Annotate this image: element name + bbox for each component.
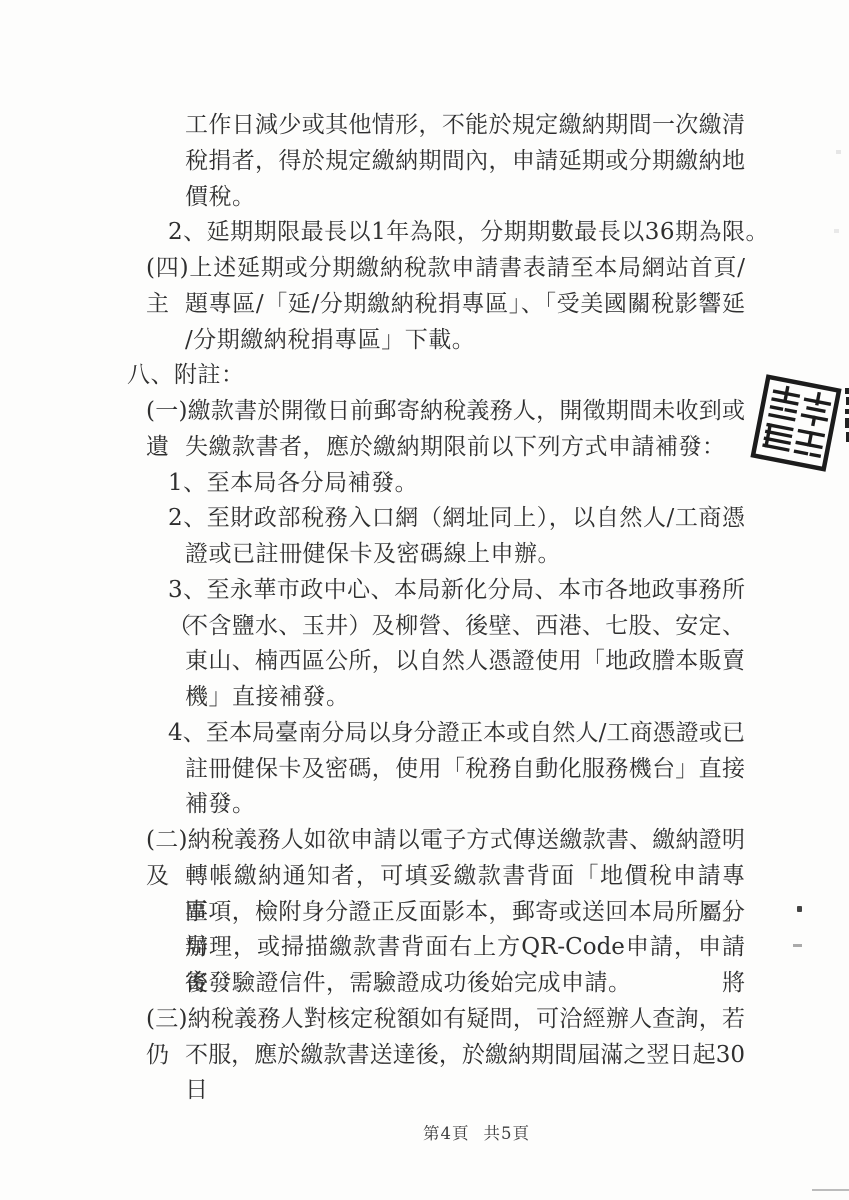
seal-stamp-icon: [750, 373, 843, 472]
text-line: 價稅。: [0, 180, 849, 216]
text-line: 不服，應於繳款書送達後，於繳納期間屆滿之翌日起30日: [0, 1038, 745, 1074]
text-line: 3、至永華市政中心、本局新化分局、本市各地政事務所（: [0, 573, 745, 609]
text-line: 1、至本局各分局補發。: [0, 466, 849, 502]
text-line: 事項，檢附身分證正反面影本，郵寄或送回本局所屬分局: [0, 895, 745, 931]
text-line: 補發。: [0, 787, 849, 823]
text-line: 轉帳繳納通知者，可填妥繳款書背面「地價稅申請專區」: [0, 859, 745, 895]
text-line: /分期繳納稅捐專區」下載。: [0, 323, 849, 359]
section-heading-line: 八、附註：: [0, 358, 849, 394]
text-line: 失繳款書者，應於繳納期限前以下列方式申請補發：: [0, 430, 849, 466]
text-line: 證或已註冊健保卡及密碼線上申辦。: [0, 537, 849, 573]
text-line: 工作日減少或其他情形，不能於規定繳納期間一次繳清: [0, 108, 745, 144]
text-line: (三)納稅義務人對核定稅額如有疑問，可洽經辦人查詢，若仍: [0, 1002, 745, 1038]
text-line: 4、至本局臺南分局以身分證正本或自然人/工商憑證或已: [0, 716, 745, 752]
text-line: 2、至財政部稅務入口網（網址同上），以自然人/工商憑: [0, 501, 745, 537]
footer-total-pages: 共5頁: [484, 1124, 531, 1143]
text-line: 辦理，或掃描繳款書背面右上方QR-Code申請，申請後將: [0, 930, 745, 966]
scanned-document-page: 工作日減少或其他情形，不能於規定繳納期間一次繳清 稅捐者，得於規定繳納期間內，申…: [0, 0, 849, 1200]
footer-page-number: 第4頁: [423, 1124, 470, 1143]
text-line: (一)繳款書於開徵日前郵寄納稅義務人，開徵期間未收到或遺: [0, 394, 745, 430]
text-line: 不含鹽水、玉井）及柳營、後壁、西港、七股、安定、: [0, 609, 745, 645]
text-line: 東山、楠西區公所，以自然人憑證使用「地政謄本販賣: [0, 644, 745, 680]
text-line: 題專區/「延/分期繳納稅捐專區」、「受美國關稅影響延: [0, 287, 745, 323]
document-body: 工作日減少或其他情形，不能於規定繳納期間一次繳清 稅捐者，得於規定繳納期間內，申…: [0, 108, 849, 1073]
text-line: (二)納稅義務人如欲申請以電子方式傳送繳款書、繳納證明及: [0, 823, 745, 859]
text-line: 機」直接補發。: [0, 680, 849, 716]
text-line: 稅捐者，得於規定繳納期間內，申請延期或分期繳納地: [0, 144, 745, 180]
text-line: (四)上述延期或分期繳納稅款申請書表請至本局網站首頁/主: [0, 251, 745, 287]
text-line: 2、延期期限最長以1年為限，分期期數最長以36期為限。: [0, 215, 849, 251]
text-line: 註冊健保卡及密碼，使用「稅務自動化服務機台」直接: [0, 752, 745, 788]
page-footer: 第4頁共5頁: [423, 1120, 530, 1144]
